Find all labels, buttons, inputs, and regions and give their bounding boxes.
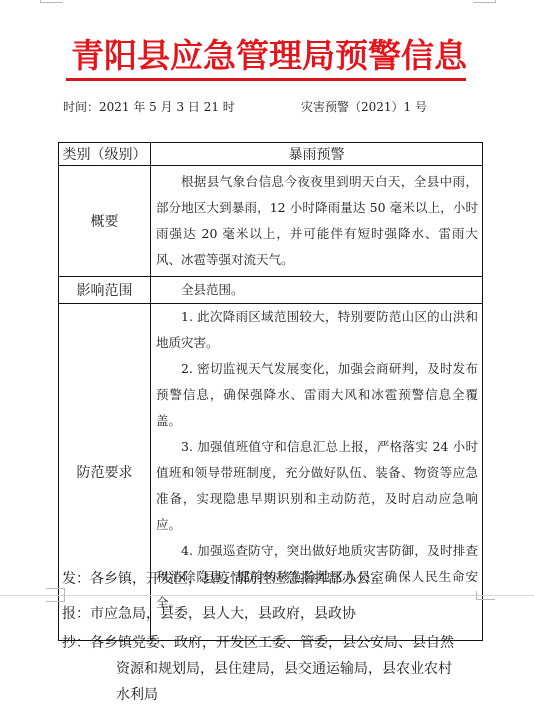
title-red-rule — [66, 78, 466, 81]
table-row-summary: 概要 根据县气象台信息今夜夜里到明天白天，全县中雨，部分地区大到暴雨，12 小时… — [59, 166, 483, 277]
table-row-scope: 影响范围 全县范围。 — [59, 277, 483, 304]
page-corner-mark-top-right — [473, 0, 496, 3]
cc-line-2: 资源和规划局，县住建局，县交通运输局，县农业农村 — [90, 656, 482, 682]
measure-item-2: 2. 密切监视天气发展变化，加强会商研判，及时发布预警信息，确保强降水、雷雨大风… — [156, 356, 478, 434]
meta-line: 时间：2021 年 5 月 3 日 21 时 灾害预警（2021）1 号 — [63, 99, 483, 115]
cc-line-3: 水利局 — [90, 682, 482, 708]
time-value: 2021 年 5 月 3 日 21 时 — [99, 100, 235, 114]
document-title: 青阳县应急管理局预警信息 — [60, 36, 478, 76]
distribution-send: 发：各乡镇，开发区，县疫情防控应急指挥部办公室 — [62, 566, 384, 592]
scope-paragraph: 全县范围。 — [156, 277, 478, 303]
category-label: 类别（级别） — [59, 143, 151, 166]
cc-line-1: 各乡镇党委、政府，开发区工委、管委，县公安局、县自然 — [90, 630, 482, 656]
report-label: 报： — [62, 606, 90, 622]
scope-cell: 全县范围。 — [151, 277, 483, 304]
summary-cell: 根据县气象台信息今夜夜里到明天白天，全县中雨，部分地区大到暴雨，12 小时降雨量… — [151, 166, 483, 277]
page-corner-mark-top-left — [40, 0, 63, 3]
page-corner-mark-left — [46, 588, 65, 602]
measure-item-1: 1. 此次降雨区域范围较大，特别要防范山区的山洪和地质灾害。 — [156, 304, 478, 356]
cc-label: 抄： — [62, 635, 90, 651]
report-value: 市应急局，县委，县人大，县政府，县政协 — [90, 606, 356, 622]
distribution-report: 报：市应急局，县委，县人大，县政府，县政协 — [62, 601, 356, 627]
scope-label: 影响范围 — [59, 277, 151, 304]
send-value: 各乡镇，开发区，县疫情防控应急指挥部办公室 — [90, 571, 384, 587]
document-number: 灾害预警（2021）1 号 — [301, 99, 427, 115]
page-corner-mark-right — [476, 591, 495, 600]
summary-label: 概要 — [59, 166, 151, 277]
send-label: 发： — [62, 571, 90, 587]
table-header-row: 类别（级别） 暴雨预警 — [59, 143, 483, 166]
time-label: 时间： — [63, 100, 99, 114]
page-break-line — [0, 595, 534, 596]
summary-paragraph: 根据县气象台信息今夜夜里到明天白天，全县中雨，部分地区大到暴雨，12 小时降雨量… — [156, 169, 478, 273]
category-value: 暴雨预警 — [151, 143, 483, 166]
measure-item-3: 3. 加强值班值守和信息汇总上报，严格落实 24 小时值班和领导带班制度，充分做… — [156, 434, 478, 538]
distribution-cc: 抄： 各乡镇党委、政府，开发区工委、管委，县公安局、县自然 资源和规划局，县住建… — [62, 630, 482, 708]
cc-body: 各乡镇党委、政府，开发区工委、管委，县公安局、县自然 资源和规划局，县住建局，县… — [62, 630, 482, 708]
